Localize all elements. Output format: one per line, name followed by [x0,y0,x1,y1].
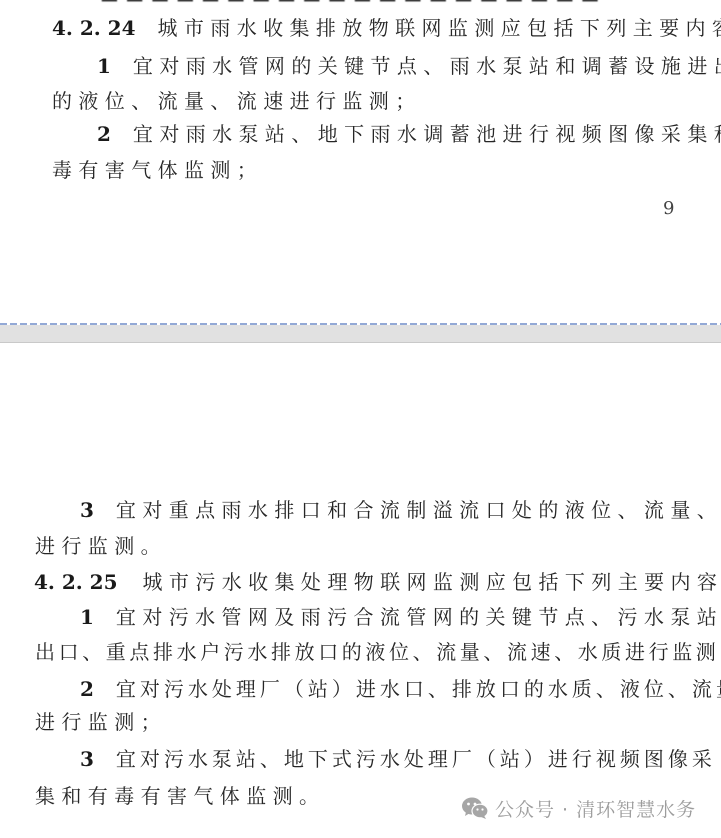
item-number: 2 [80,677,94,701]
watermark: 公众号 · 清环智慧水务 [461,794,696,822]
item-3-line-1: 3宜对污水泵站、地下式污水处理厂（站）进行视频图像采 [80,745,716,773]
clipped-text: ■■■■■■■■■■■■■■■■■■■■ [100,0,606,4]
item-3-line-2: 集和有毒有害气体监测。 [35,782,325,810]
clause-title: 城市雨水收集排放物联网监测应包括下列主要内容： [158,16,721,40]
item-text: 宜对污水处理厂（站）进水口、排放口的水质、液位、流量 [116,677,721,701]
clause-number: 4. 2. 24 [52,16,136,40]
clause-title: 城市污水收集处理物联网监测应包括下列主要内容： [143,570,721,594]
item-text: 宜对重点雨水排口和合流制溢流口处的液位、流量、水质 [116,498,721,522]
item-2-line-2: 进行监测； [35,708,167,736]
item-number: 3 [80,747,94,771]
item-3-line-1: 3宜对重点雨水排口和合流制溢流口处的液位、流量、水质 [80,496,721,524]
page-number: 9 [663,198,674,219]
clipped-text-line: ■■■■■■■■■■■■■■■■■■■■ [100,0,606,6]
wechat-icon [461,796,489,820]
item-1-line-1: 1宜对雨水管网的关键节点、雨水泵站和调蓄设施进出口 [97,52,721,80]
item-number: 3 [80,498,94,522]
item-3-line-2: 进行监测。 [35,532,167,560]
document-page-2: 3宜对重点雨水排口和合流制溢流口处的液位、流量、水质 进行监测。 4. 2. 2… [0,343,721,838]
item-1-line-1: 1宜对污水管网及雨污合流管网的关键节点、污水泵站进 [80,603,721,631]
item-2-line-2: 毒有害气体监测； [52,156,263,184]
clause-4-2-24-heading: 4. 2. 24城市雨水收集排放物联网监测应包括下列主要内容： [52,14,721,42]
item-text: 宜对污水管网及雨污合流管网的关键节点、污水泵站进 [116,605,721,629]
watermark-text: 公众号 · 清环智慧水务 [495,795,696,822]
item-text: 宜对污水泵站、地下式污水处理厂（站）进行视频图像采 [116,747,716,771]
clause-number: 4. 2. 25 [34,570,118,594]
page-gap-separator [0,325,721,343]
document-page-1: ■■■■■■■■■■■■■■■■■■■■ 4. 2. 24城市雨水收集排放物联网… [0,0,721,324]
item-number: 1 [80,605,94,629]
item-1-line-2: 的液位、流量、流速进行监测； [52,87,422,115]
item-number: 2 [97,122,111,146]
item-number: 1 [97,54,111,78]
item-text: 宜对雨水管网的关键节点、雨水泵站和调蓄设施进出口 [133,54,721,78]
clause-4-2-25-heading: 4. 2. 25城市污水收集处理物联网监测应包括下列主要内容： [34,568,721,596]
item-2-line-1: 2宜对污水处理厂（站）进水口、排放口的水质、液位、流量 [80,675,721,703]
item-1-line-2: 出口、重点排水户污水排放口的液位、流量、流速、水质进行监测； [35,638,721,666]
item-2-line-1: 2宜对雨水泵站、地下雨水调蓄池进行视频图像采集和有 [97,120,721,148]
item-text: 宜对雨水泵站、地下雨水调蓄池进行视频图像采集和有 [133,122,721,146]
